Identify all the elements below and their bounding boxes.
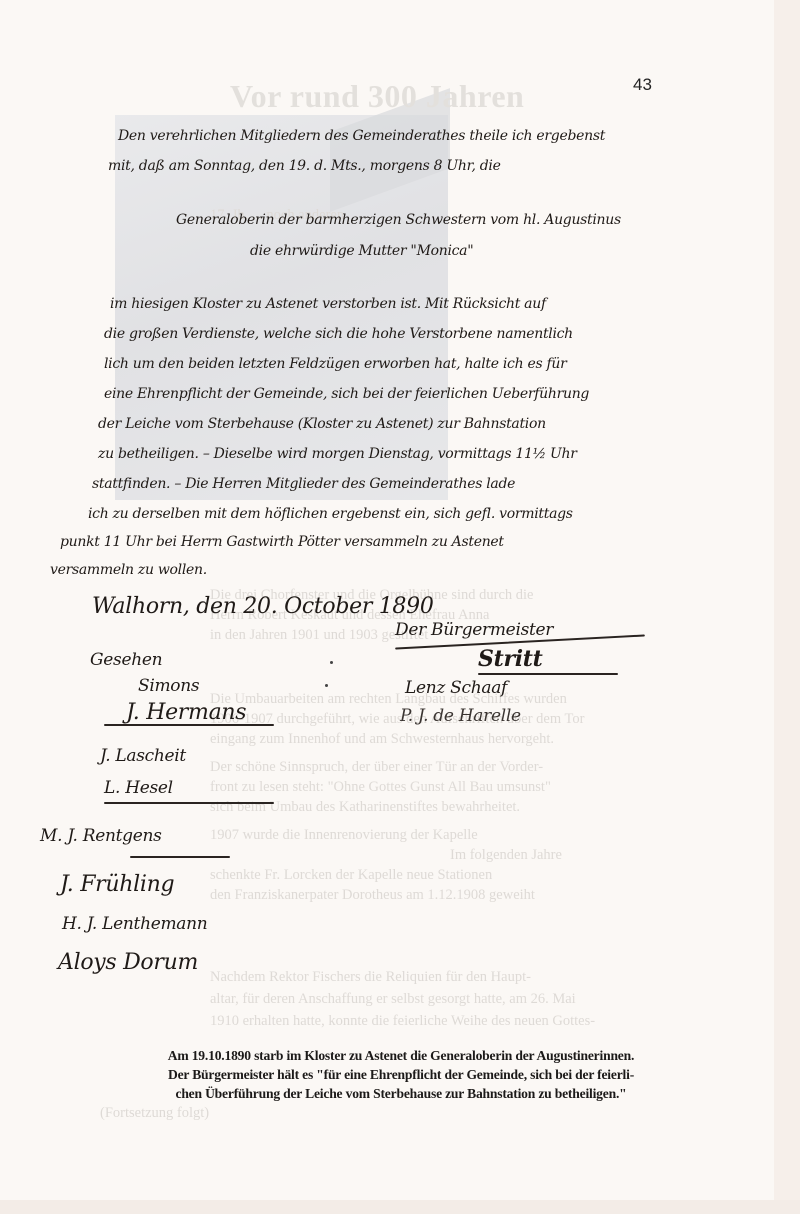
show-through-line: front zu lesen steht: "Ohne Gottes Gunst… — [210, 778, 640, 797]
signature: J. Frühling — [60, 872, 174, 897]
caption-line: Der Bürgermeister hält es "für eine Ehre… — [60, 1065, 742, 1084]
letter-line: die großen Verdienste, welche sich die h… — [104, 326, 573, 342]
caption-line: Am 19.10.1890 starb im Kloster zu Astene… — [60, 1046, 742, 1065]
show-through-line: sich beim Umbau des Katharinenstiftes be… — [210, 798, 640, 817]
closing-title: Der Bürgermeister — [395, 620, 553, 640]
letter-line: der Leiche vom Sterbehause (Kloster zu A… — [98, 416, 546, 432]
ink-speck — [330, 661, 333, 664]
signature: P. J. de Harelle — [400, 706, 521, 726]
show-through-line: Der schöne Sinnspruch, der über einer Tü… — [210, 758, 640, 777]
signature: H. J. Lenthemann — [62, 914, 207, 934]
letter-line: die ehrwürdige Mutter "Monica" — [250, 243, 473, 259]
page-edge — [774, 0, 800, 1214]
signature-stroke — [104, 724, 274, 726]
show-through-line: Im folgenden Jahre — [450, 846, 640, 865]
place-date: Walhorn, den 20. October 1890 — [92, 594, 434, 619]
show-through-line: schenkte Fr. Lorcken der Kapelle neue St… — [210, 866, 640, 885]
show-through-line: (Fortsetzung folgt) — [100, 1104, 250, 1123]
signature: Gesehen — [90, 650, 162, 670]
book-page: Vor rund 300 Jahren 17. Jh. ... noch and… — [0, 0, 800, 1214]
signature: Lenz Schaaf — [405, 678, 507, 698]
show-through-line: 1907 wurde die Innenrenovierung der Kape… — [210, 826, 640, 845]
letter-line: zu betheiligen. – Dieselbe wird morgen D… — [98, 446, 577, 462]
letter-line: versammeln zu wollen. — [50, 562, 207, 578]
show-through-line: eingang zum Innenhof und am Schwesternha… — [210, 730, 640, 749]
show-through-line: 1910 erhalten hatte, konnte die feierlic… — [210, 1012, 640, 1031]
show-through-title: Vor rund 300 Jahren — [230, 78, 590, 115]
signature: M. J. Rentgens — [40, 826, 162, 846]
caption-line: chen Überführung der Leiche vom Sterbeha… — [60, 1084, 742, 1103]
show-through-line: Nachdem Rektor Fischers die Reliquien fü… — [210, 968, 640, 987]
letter-line: ich zu derselben mit dem höflichen ergeb… — [88, 506, 573, 522]
caption: Am 19.10.1890 starb im Kloster zu Astene… — [60, 1046, 742, 1103]
page-number: 43 — [633, 75, 652, 95]
signature: L. Hesel — [104, 778, 173, 798]
show-through-line: altar, für deren Anschaffung er selbst g… — [210, 990, 640, 1009]
ink-speck — [325, 684, 328, 687]
letter-line: stattfinden. – Die Herren Mitglieder des… — [92, 476, 515, 492]
signature: Aloys Dorum — [58, 950, 198, 975]
letter-line: punkt 11 Uhr bei Herrn Gastwirth Pötter … — [60, 534, 504, 550]
letter-line: eine Ehrenpflicht der Gemeinde, sich bei… — [104, 386, 589, 402]
letter-line: lich um den beiden letzten Feldzügen erw… — [104, 356, 566, 372]
letter-line: im hiesigen Kloster zu Astenet verstorbe… — [110, 296, 546, 312]
page-edge — [0, 1200, 800, 1214]
signature: Simons — [138, 676, 199, 696]
letter-line: mit, daß am Sonntag, den 19. d. Mts., mo… — [108, 158, 501, 174]
letter-line: Den verehrlichen Mitgliedern des Gemeind… — [118, 128, 605, 144]
signature-stroke — [130, 856, 230, 858]
signature: J. Hermans — [126, 700, 246, 725]
show-through-line: den Franziskanerpater Dorotheus am 1.12.… — [210, 886, 640, 905]
signature: J. Lascheit — [100, 746, 186, 766]
mayor-signature: Stritt — [478, 646, 543, 672]
signature-stroke — [104, 802, 274, 804]
letter-line: Generaloberin der barmherzigen Schwester… — [176, 212, 621, 228]
signature-stroke — [478, 673, 618, 675]
